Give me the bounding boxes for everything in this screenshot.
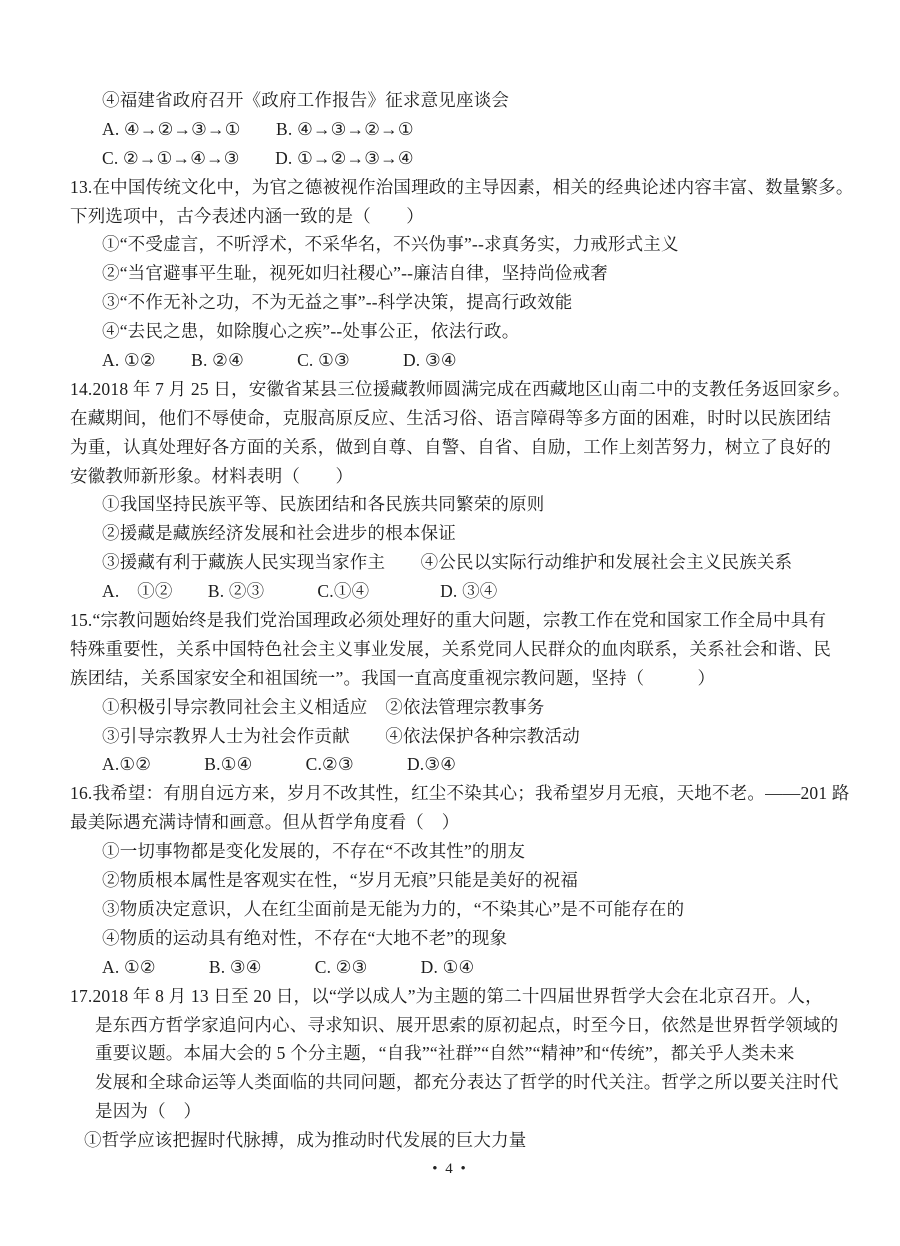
q15-stem-line-1: 15.“宗教问题始终是我们党治国理政必须处理好的重大问题，宗教工作在党和国家工作… [70, 606, 900, 635]
q14-stem-line-2: 在藏期间，他们不辱使命，克服高原反应、生活习俗、语言障碍等多方面的困难，时时以民… [70, 404, 900, 433]
q17-stem-line-4: 发展和全球命运等人类面临的共同问题，都充分表达了哲学的时代关注。哲学之所以要关注… [95, 1068, 900, 1097]
q16-choices: A. ①② B. ③④ C. ②③ D. ①④ [102, 953, 900, 982]
question-15: 15.“宗教问题始终是我们党治国理政必须处理好的重大问题，宗教工作在党和国家工作… [0, 606, 900, 779]
q15-statement-3-4: ③引导宗教界人士为社会作贡献 ④依法保护各种宗教活动 [102, 722, 900, 751]
q13-statement-4: ④“去民之患，如除腹心之疾”--处事公正，依法行政。 [102, 317, 900, 346]
q12-item-4: ④福建省政府召开《政府工作报告》征求意见座谈会 [102, 86, 900, 115]
q12-choices-cd: C. ②→①→④→③ D. ①→②→③→④ [102, 144, 900, 173]
q12-choices-ab: A. ④→②→③→① B. ④→③→②→① [102, 115, 900, 144]
q15-stem-line-3: 族团结，关系国家安全和祖国统一”。我国一直高度重视宗教问题，坚持（ ） [70, 664, 900, 693]
q16-statement-4: ④物质的运动具有绝对性，不存在“大地不老”的现象 [102, 924, 900, 953]
q16-statement-3: ③物质决定意识，人在红尘面前是无能为力的，“不染其心”是不可能存在的 [102, 895, 900, 924]
question-13: 13.在中国传统文化中，为官之德被视作治国理政的主导因素，相关的经典论述内容丰富… [0, 173, 900, 375]
q15-stem-line-2: 特殊重要性，关系中国特色社会主义事业发展，关系党同人民群众的血肉联系，关系社会和… [70, 635, 900, 664]
q17-stem-line-3: 重要议题。本届大会的 5 个分主题，“自我”“社群”“自然”“精神”和“传统”，… [95, 1039, 900, 1068]
q14-choices: A. ①② B. ②③ C.①④ D. ③④ [102, 577, 900, 606]
q17-stem-line-1: 17.2018 年 8 月 13 日至 20 日，以“学以成人”为主题的第二十四… [70, 982, 900, 1011]
q17-stem-line-2: 是东西方哲学家追问内心、寻求知识、展开思索的原初起点，时至今日，依然是世界哲学领… [95, 1011, 900, 1040]
q15-choices: A.①② B.①④ C.②③ D.③④ [102, 750, 900, 779]
q16-statement-1: ①一切事物都是变化发展的，不存在“不改其性”的朋友 [102, 837, 900, 866]
q17-stem-line-5: 是因为（ ） [95, 1097, 900, 1126]
q13-choices: A. ①② B. ②④ C. ①③ D. ③④ [102, 346, 900, 375]
q14-statement-2: ②援藏是藏族经济发展和社会进步的根本保证 [102, 519, 900, 548]
q17-statement-1: ①哲学应该把握时代脉搏，成为推动时代发展的巨大力量 [84, 1126, 900, 1155]
q16-stem-line-2: 最美际遇充满诗情和画意。但从哲学角度看（ ） [70, 808, 900, 837]
question-16: 16.我希望：有朋自远方来，岁月不改其性，红尘不染其心；我希望岁月无痕，天地不老… [0, 779, 900, 981]
page-number: • 4 • [0, 1155, 900, 1184]
q14-stem-line-4: 安徽教师新形象。材料表明（ ） [70, 462, 900, 491]
q14-stem-line-3: 为重，认真处理好各方面的关系，做到自尊、自警、自省、自励，工作上刻苦努力，树立了… [70, 433, 900, 462]
q13-statement-2: ②“当官避事平生耻，视死如归社稷心”--廉洁自律，坚持尚俭戒奢 [102, 259, 900, 288]
q14-statement-1: ①我国坚持民族平等、民族团结和各民族共同繁荣的原则 [102, 490, 900, 519]
q13-statement-3: ③“不作无补之功，不为无益之事”--科学决策，提高行政效能 [102, 288, 900, 317]
q15-statement-1-2: ①积极引导宗教同社会主义相适应 ②依法管理宗教事务 [102, 693, 900, 722]
q13-stem-line-1: 13.在中国传统文化中，为官之德被视作治国理政的主导因素，相关的经典论述内容丰富… [70, 173, 900, 202]
exam-page: ④福建省政府召开《政府工作报告》征求意见座谈会 A. ④→②→③→① B. ④→… [0, 0, 900, 1246]
question-12: ④福建省政府召开《政府工作报告》征求意见座谈会 A. ④→②→③→① B. ④→… [0, 86, 900, 173]
q13-statement-1: ①“不受虚言，不听浮术，不采华名，不兴伪事”--求真务实，力戒形式主义 [102, 230, 900, 259]
q14-stem-line-1: 14.2018 年 7 月 25 日，安徽省某县三位援藏教师圆满完成在西藏地区山… [70, 375, 900, 404]
q14-statement-3-4: ③援藏有利于藏族人民实现当家作主 ④公民以实际行动维护和发展社会主义民族关系 [102, 548, 900, 577]
q16-stem-line-1: 16.我希望：有朋自远方来，岁月不改其性，红尘不染其心；我希望岁月无痕，天地不老… [70, 779, 900, 808]
q16-statement-2: ②物质根本属性是客观实在性，“岁月无痕”只能是美好的祝福 [102, 866, 900, 895]
question-14: 14.2018 年 7 月 25 日，安徽省某县三位援藏教师圆满完成在西藏地区山… [0, 375, 900, 606]
question-17: 17.2018 年 8 月 13 日至 20 日，以“学以成人”为主题的第二十四… [0, 982, 900, 1155]
q13-stem-line-2: 下列选项中，古今表述内涵一致的是（ ） [70, 202, 900, 231]
